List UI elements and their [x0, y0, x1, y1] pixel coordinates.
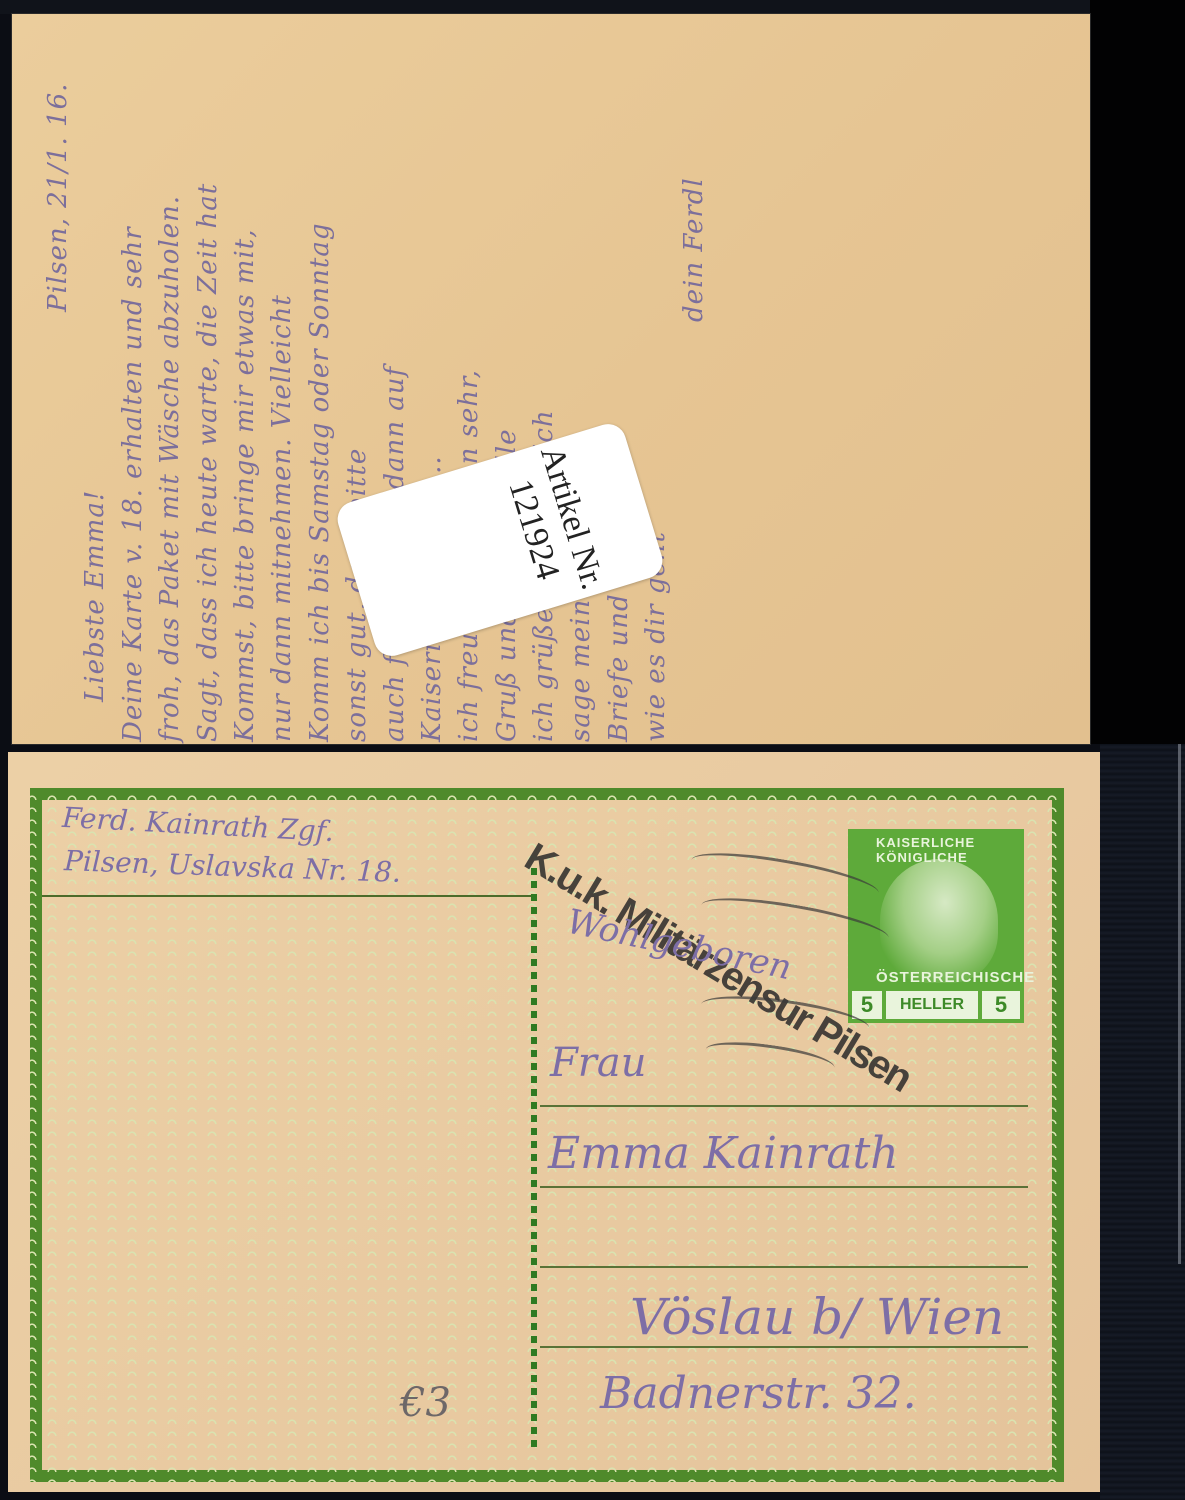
address-line-1	[540, 1105, 1028, 1107]
recipient-name: Emma Kainrath	[548, 1128, 899, 1179]
scan-right-edge	[1090, 0, 1185, 744]
stamp-inscription-top: KAISERLICHE KÖNIGLICHE	[876, 835, 1024, 865]
stamp-inscription-bottom: ÖSTERREICHISCHE	[876, 969, 1035, 986]
stamp-value-right: 5	[982, 991, 1020, 1019]
letter-line: Sagt, dass ich heute warte, die Zeit hat	[190, 22, 227, 742]
stamp-value-left: 5	[852, 991, 882, 1019]
letter-line: ich grüße Dich herzlich	[526, 22, 563, 742]
address-line-3	[540, 1266, 1028, 1268]
letter-line: froh, das Paket mit Wäsche abzuholen.	[152, 22, 189, 742]
stamp-currency: HELLER	[886, 991, 978, 1019]
recipient-title: Frau	[550, 1040, 646, 1086]
letter-line: Liebste Emma!	[77, 22, 114, 742]
recipient-street: Badnerstr. 32.	[600, 1368, 917, 1419]
letter-line: Kommst, bitte bringe mir etwas mit,	[227, 22, 264, 742]
letter-line: Gruß und Kuss an alle	[489, 22, 526, 742]
letter-line: Komm ich bis Samstag oder Sonntag	[302, 22, 339, 742]
letter-line: wie es dir geht	[638, 22, 675, 742]
letter-line: Briefe und Karten	[601, 22, 638, 742]
address-line-4	[540, 1346, 1028, 1348]
emperor-portrait-icon	[880, 859, 998, 983]
scan-top-edge	[0, 0, 1185, 14]
margin-price-note: €3	[400, 1380, 451, 1426]
letter-line: dein Ferdl	[676, 22, 713, 742]
letter-line: Deine Karte v. 18. erhalten und sehr	[115, 22, 152, 742]
dotted-divider	[531, 868, 537, 1448]
address-line-2	[540, 1186, 1028, 1188]
postcard-message-side: Pilsen, 21/1. 16. Liebste Emma! Deine Ka…	[12, 14, 1090, 744]
letter-line: sage meiner Mutter	[563, 22, 600, 742]
recipient-city: Vöslau b/ Wien	[630, 1288, 1004, 1346]
scan-background-strip	[1100, 744, 1185, 1500]
sender-underline	[42, 895, 532, 897]
letter-date: Pilsen, 21/1. 16.	[40, 22, 77, 742]
letter-line: nur dann mitnehmen. Vielleicht	[264, 22, 301, 742]
